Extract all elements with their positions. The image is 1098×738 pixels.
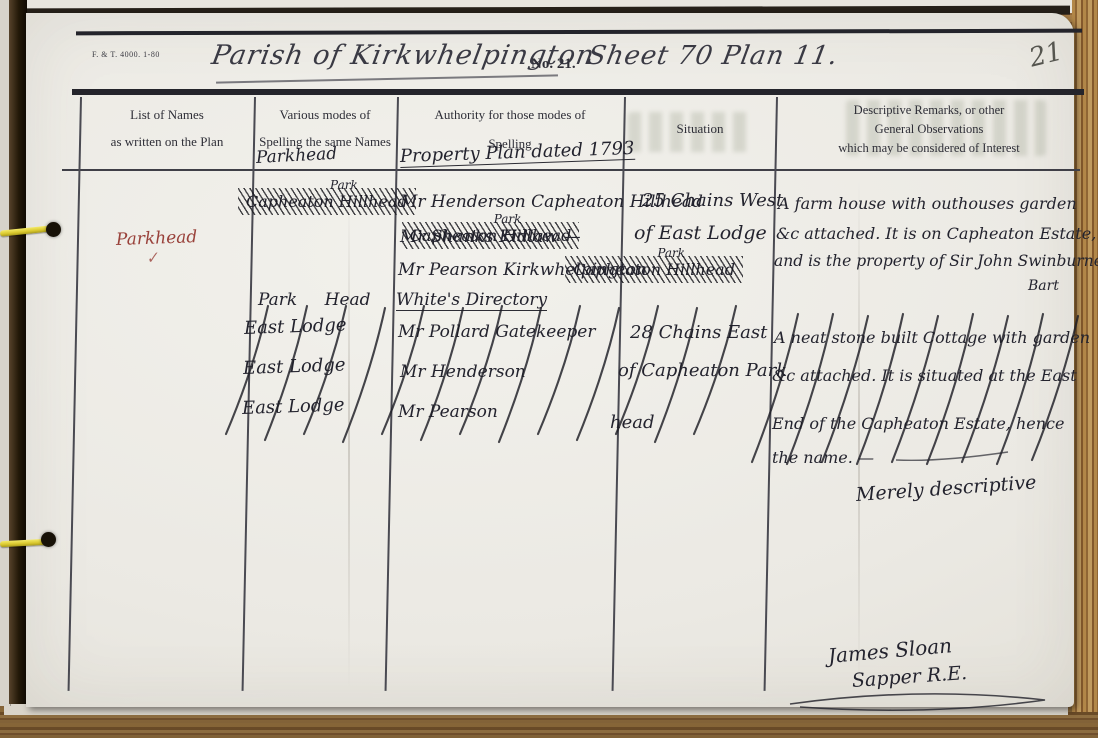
header-rule-thick: [72, 89, 1084, 95]
spelling-entry: Parkhead: [255, 144, 337, 168]
binding-hole: [41, 532, 56, 547]
situation-line-struck: of Capheaton Park: [618, 360, 787, 381]
remarks-line: A farm house with outhouses garden: [778, 194, 1077, 213]
authority-entry: White's Directory: [396, 290, 547, 311]
header-situation: Situation: [677, 121, 724, 137]
situation-line-struck: head: [610, 412, 655, 433]
spelling-entry-struck: East Lodge: [242, 394, 345, 419]
spelling-entry-struck: East Lodge: [244, 314, 347, 339]
paper-crease: [348, 190, 350, 690]
situation-line: of East Lodge: [634, 222, 767, 244]
scanned-record-photo: F. & T. 4000. 1-80 Parish of Kirkwhelpin…: [0, 0, 1098, 738]
header-remarks-line2: General Observations: [875, 122, 984, 137]
number-label: No. 21.: [531, 56, 576, 73]
authority-entry: Mr Henderson: [400, 362, 526, 382]
wood-table-surface: [1072, 0, 1098, 712]
form-code: F. & T. 4000. 1-80: [92, 50, 160, 59]
header-names-line2: as written on the Plan: [111, 134, 224, 150]
spelling-entry-struck: Capheaton Hillhead Park: [246, 192, 408, 211]
remarks-line-struck: End of the Capheaton Estate, hence: [772, 414, 1064, 433]
correction-text: Park: [657, 246, 685, 260]
correction-text: Park: [330, 178, 358, 192]
header-remarks-line1: Descriptive Remarks, or other: [854, 103, 1005, 118]
authority-entry: Mr Pollard Gatekeeper: [398, 322, 595, 342]
remarks-line: &c attached. It is on Capheaton Estate,: [776, 224, 1096, 243]
sheet-plan-script: Sheet 70 Plan 11.: [585, 41, 840, 71]
header-remarks-line3: which may be considered of Interest: [838, 141, 1020, 156]
plan-name-parkhead: Parkhead: [116, 227, 198, 250]
remarks-line-struck: A neat stone built Cottage with garden: [774, 328, 1090, 347]
situation-line-struck: 28 Chains East: [630, 322, 767, 343]
header-rule-bottom: [62, 169, 1080, 171]
remarks-line-struck: the name. —: [772, 448, 874, 467]
authority-entry: Mr Pearson: [398, 402, 498, 422]
remarks-line: Bart: [1028, 278, 1059, 294]
remarks-line-struck: &c attached. It is situated at the East: [772, 366, 1077, 385]
header-spelling-line1: Various modes of: [280, 107, 371, 123]
authority-entry: Mr Shanks Kidlaw —: [400, 227, 581, 247]
binding-hole: [46, 222, 61, 237]
book-spine-shadow: [9, 0, 27, 704]
correction-text: Park: [494, 212, 522, 226]
check-mark-icon: ✓: [144, 248, 160, 268]
situation-line: 25 Chains West: [642, 190, 783, 211]
authority-entry: Mr Pearson Kirkwhelpington: [398, 260, 647, 280]
struck-text: Capheaton Hillhead: [246, 192, 408, 211]
header-authority-line1: Authority for those modes of: [435, 107, 586, 123]
remarks-line: and is the property of Sir John Swinburn…: [774, 252, 1098, 270]
header-names-line1: List of Names: [130, 107, 204, 123]
spelling-entry-struck: East Lodge: [243, 354, 346, 379]
spelling-entry: Park Head: [258, 290, 371, 310]
